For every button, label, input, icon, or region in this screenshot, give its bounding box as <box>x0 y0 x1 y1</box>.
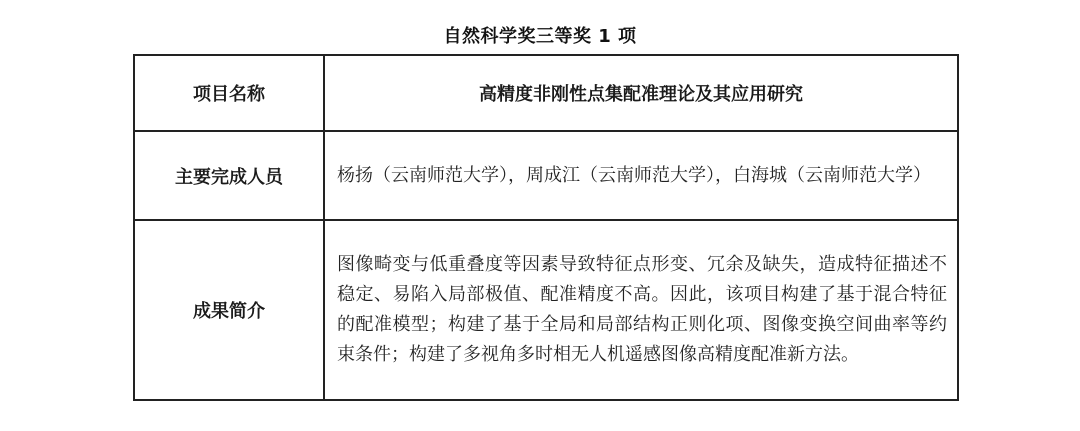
project-name-label: 项目名称 <box>134 55 324 131</box>
table-row-main-contributors: 主要完成人员 杨扬（云南师范大学），周成江（云南师范大学），白海城（云南师范大学… <box>134 131 958 220</box>
document-title: 自然科学奖三等奖 1 项 <box>0 22 1080 48</box>
table-row-achievement-summary: 成果简介 图像畸变与低重叠度等因素导致特征点形变、冗余及缺失，造成特征描述不稳定… <box>134 220 958 400</box>
main-contributors-value: 杨扬（云南师范大学），周成江（云南师范大学），白海城（云南师范大学） <box>324 131 958 220</box>
main-contributors-label: 主要完成人员 <box>134 131 324 220</box>
award-info-table: 项目名称 高精度非刚性点集配准理论及其应用研究 主要完成人员 杨扬（云南师范大学… <box>133 54 959 401</box>
achievement-summary-value: 图像畸变与低重叠度等因素导致特征点形变、冗余及缺失，造成特征描述不稳定、易陷入局… <box>324 220 958 400</box>
project-name-value: 高精度非刚性点集配准理论及其应用研究 <box>324 55 958 131</box>
achievement-summary-label: 成果简介 <box>134 220 324 400</box>
table-row-project-name: 项目名称 高精度非刚性点集配准理论及其应用研究 <box>134 55 958 131</box>
